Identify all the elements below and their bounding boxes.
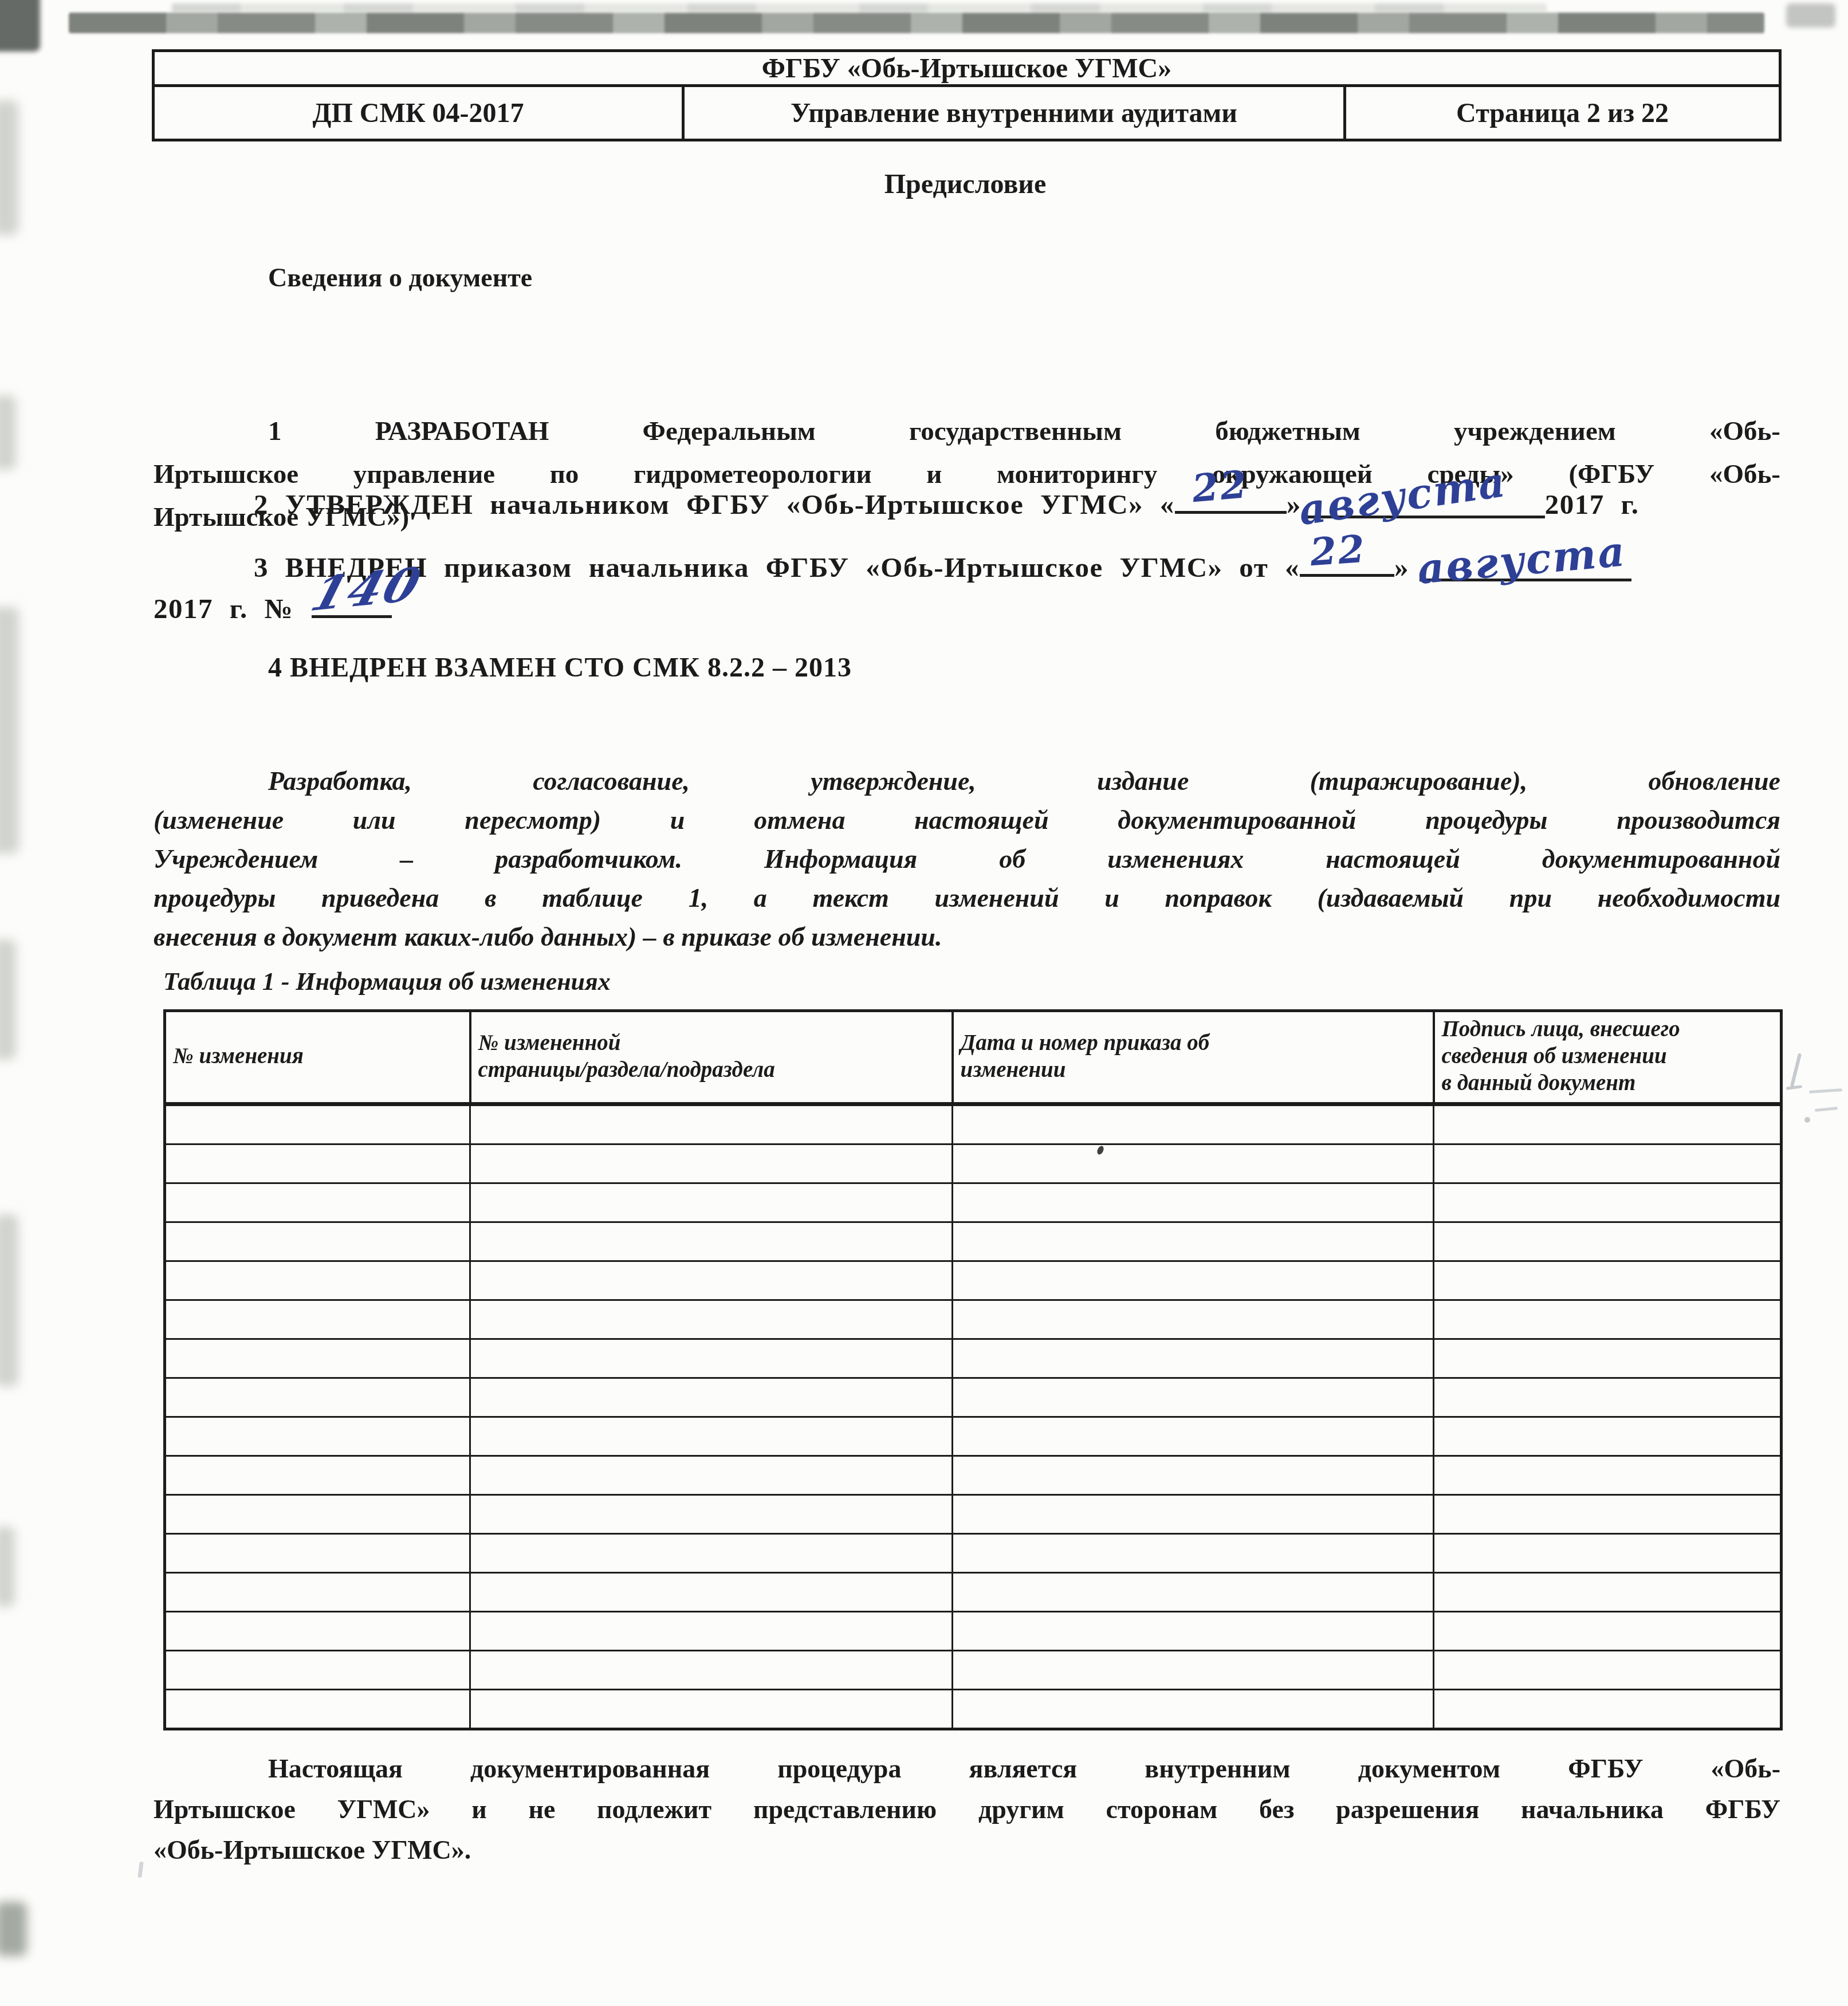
handwritten-day: 22 [1190,465,1249,508]
changes-table-empty-row [165,1183,1782,1222]
scan-edge-smudge [0,1214,18,1386]
changes-table-header-row: № изменения № измененной страницы/раздел… [165,1011,1782,1104]
changes-table-empty-row [165,1104,1782,1144]
changes-table-empty-cell [165,1300,470,1339]
changes-table-empty-cell [953,1573,1434,1612]
changes-table-empty-cell [953,1183,1434,1222]
scan-edge-smudge [0,607,19,853]
changes-table-empty-cell [953,1300,1434,1339]
changes-table-body [165,1104,1782,1729]
changes-table-header-cell: № измененной страницы/раздела/подраздела [470,1011,953,1104]
changes-table-empty-cell [1434,1104,1782,1144]
changes-table-empty-row [165,1417,1782,1456]
changes-table-empty-cell [1434,1495,1782,1534]
changes-table-empty-cell [953,1495,1434,1534]
pencil-mark [1790,1053,1802,1087]
changes-table-empty-row [165,1378,1782,1417]
approved-text: 2 УТВЕРЖДЕН начальником ФГБУ «Обь-Иртышс… [254,489,1175,520]
changes-table-empty-cell [470,1300,953,1339]
order-number-underline: 140 [312,608,392,618]
changes-table-empty-cell [165,1690,470,1729]
header-doc-code: ДП СМК 04-2017 [312,98,524,128]
changes-table-empty-cell [470,1573,953,1612]
scan-edge-smudge [0,100,18,235]
changes-table-empty-row [165,1300,1782,1339]
changes-table-empty-cell [1434,1144,1782,1183]
header-org: ФГБУ «Обь-Иртышское УГМС» [762,53,1171,84]
paragraph-line: 1 РАЗРАБОТАН Федеральным государственным… [154,410,1780,453]
month-blank-underline: августа [1420,572,1631,581]
header-line: изменении [961,1056,1426,1083]
header-page-info-cell: Страница 2 из 22 [1345,86,1780,140]
changes-table-empty-cell [165,1534,470,1573]
scan-noise-band-light [172,3,1547,13]
changes-table-empty-row [165,1651,1782,1690]
changes-table-empty-cell [165,1222,470,1261]
changes-table: № изменения № измененной страницы/раздел… [163,1009,1783,1730]
changes-table-empty-cell [1434,1612,1782,1651]
paragraph-line: процедуры приведена в таблице 1, а текст… [154,879,1780,918]
changes-table-empty-cell [470,1261,953,1300]
changes-table-empty-cell [953,1417,1434,1456]
changes-table-empty-cell [1434,1534,1782,1573]
handwritten-order-number: 140 [306,561,427,618]
changes-table-empty-cell [953,1222,1434,1261]
changes-table-empty-cell [1434,1300,1782,1339]
scan-edge-smudge [0,939,16,1060]
scanned-document-page: ФГБУ «Обь-Иртышское УГМС» ДП СМК 04-2017… [0,0,1848,2006]
changes-table-empty-cell [953,1534,1434,1573]
header-line: Подпись лица, внесшего [1442,1016,1774,1043]
changes-table-empty-cell [470,1651,953,1690]
changes-table-caption: Таблица 1 - Информация об изменениях [163,967,611,996]
year-text: 2017 г. [1545,489,1639,520]
changes-table-empty-cell [165,1495,470,1534]
changes-table-header-cell: Подпись лица, внесшего сведения об измен… [1434,1011,1782,1104]
pencil-mark [1809,1088,1842,1094]
scan-noise-band [69,13,1764,33]
changes-table-empty-cell [165,1651,470,1690]
page-title: Предисловие [152,168,1779,200]
paragraph-line: Настоящая документированная процедура яв… [154,1748,1780,1789]
changes-table-empty-cell [165,1104,470,1144]
changes-table-empty-cell [953,1651,1434,1690]
header-doc-code-cell: ДП СМК 04-2017 [154,86,683,140]
changes-table-empty-cell [1434,1339,1782,1378]
changes-table-empty-row [165,1144,1782,1183]
scan-corner-smudge [0,0,40,52]
changes-table-header-cell: Дата и номер приказа об изменении [953,1011,1434,1104]
close-quote: » [1394,552,1409,583]
changes-table-empty-cell [470,1183,953,1222]
changes-table-empty-cell [953,1339,1434,1378]
changes-table-empty-row [165,1456,1782,1495]
header-org-cell: ФГБУ «Обь-Иртышское УГМС» [154,51,1780,86]
paragraph-replaces: 4 ВНЕДРЕН ВЗАМЕН СТО СМК 8.2.2 – 2013 [154,652,1780,683]
header-line: Дата и номер приказа об [961,1029,1426,1056]
changes-table-empty-row [165,1339,1782,1378]
pencil-mark [1786,1085,1802,1090]
replaces-text: 4 ВНЕДРЕН ВЗАМЕН СТО СМК 8.2.2 – 2013 [268,652,852,683]
document-header-table: ФГБУ «Обь-Иртышское УГМС» ДП СМК 04-2017… [152,49,1782,141]
changes-table-empty-row [165,1261,1782,1300]
development-paragraph: Разработка, согласование, утверждение, и… [154,762,1780,957]
changes-table-empty-cell [165,1456,470,1495]
changes-table-empty-row [165,1573,1782,1612]
footer-paragraph: Настоящая документированная процедура яв… [154,1748,1780,1870]
month-blank-underline: августа [1302,509,1545,518]
pencil-mark [1815,1107,1838,1112]
paragraph-line: Иртышское УГМС» и не подлежит представле… [154,1789,1780,1830]
paragraph-approved: 2 УТВЕРЖДЕН начальником ФГБУ «Обь-Иртышс… [154,488,1815,521]
paragraph-line: внесения в документ каких-либо данных) –… [154,918,1780,957]
changes-table-empty-cell [1434,1651,1782,1690]
scan-edge-smudge [0,1902,27,1956]
header-line: в данный документ [1442,1069,1774,1096]
changes-table-empty-cell [1434,1183,1782,1222]
pencil-mark [1804,1117,1810,1123]
paragraph-line: «Обь-Иртышское УГМС». [154,1830,1780,1870]
section-heading: Сведения о документе [268,262,532,293]
changes-table-empty-cell [953,1690,1434,1729]
changes-table-empty-cell [165,1612,470,1651]
day-blank-underline: 22 [1300,567,1394,577]
changes-table-empty-cell [1434,1261,1782,1300]
changes-table-empty-cell [1434,1690,1782,1729]
scan-edge-smudge [0,395,16,470]
header-page-info: Страница 2 из 22 [1456,98,1669,128]
changes-table-empty-cell [953,1456,1434,1495]
changes-table-empty-cell [1434,1456,1782,1495]
scan-edge-smudge [0,1527,15,1607]
changes-table-empty-cell [470,1456,953,1495]
changes-table-empty-cell [953,1261,1434,1300]
changes-table-empty-cell [165,1144,470,1183]
changes-table-empty-cell [1434,1378,1782,1417]
changes-table-empty-cell [1434,1417,1782,1456]
changes-table-empty-cell [470,1144,953,1183]
changes-table-empty-cell [470,1222,953,1261]
changes-table-empty-cell [470,1612,953,1651]
changes-table-empty-cell [953,1104,1434,1144]
paragraph-line: Учреждением – разработчиком. Информация … [154,840,1780,879]
changes-table-empty-cell [953,1144,1434,1183]
scan-top-right-smudge [1786,3,1835,27]
paragraph-line: Разработка, согласование, утверждение, и… [154,762,1780,801]
header-line: страницы/раздела/подраздела [478,1056,945,1083]
handwritten-day: 22 [1309,530,1367,572]
header-line: № измененной [478,1029,945,1056]
changes-table-empty-cell [470,1339,953,1378]
scan-speck [137,1862,143,1878]
changes-table-empty-cell [953,1378,1434,1417]
changes-table-empty-cell [470,1104,953,1144]
changes-table-empty-cell [165,1261,470,1300]
paragraph-implemented-line2: 2017 г. №140 [154,592,1815,625]
header-line: № изменения [173,1043,462,1069]
changes-table-empty-cell [165,1417,470,1456]
header-doc-title-cell: Управление внутренними аудитами [683,86,1345,140]
header-line: сведения об изменении [1442,1043,1774,1069]
changes-table-empty-cell [470,1378,953,1417]
changes-table-empty-row [165,1534,1782,1573]
header-doc-title: Управление внутренними аудитами [791,98,1237,128]
changes-table-empty-cell [470,1690,953,1729]
changes-table-empty-cell [470,1534,953,1573]
changes-table-empty-cell [953,1612,1434,1651]
changes-table-empty-cell [470,1495,953,1534]
changes-table-empty-row [165,1690,1782,1729]
changes-table-header-cell: № изменения [165,1011,470,1104]
changes-table-empty-cell [470,1417,953,1456]
day-blank-underline: 22 [1175,504,1287,514]
changes-table-empty-cell [165,1378,470,1417]
changes-table-empty-cell [1434,1573,1782,1612]
changes-table-empty-cell [165,1573,470,1612]
changes-table-empty-row [165,1495,1782,1534]
changes-table-empty-row [165,1222,1782,1261]
changes-table-empty-cell [1434,1222,1782,1261]
changes-table-empty-cell [165,1183,470,1222]
changes-table-empty-row [165,1612,1782,1651]
paragraph-line: (изменение или пересмотр) и отмена насто… [154,801,1780,840]
handwritten-month: августа [1416,530,1628,590]
order-number-label: 2017 г. № [154,593,293,624]
changes-table-empty-cell [165,1339,470,1378]
